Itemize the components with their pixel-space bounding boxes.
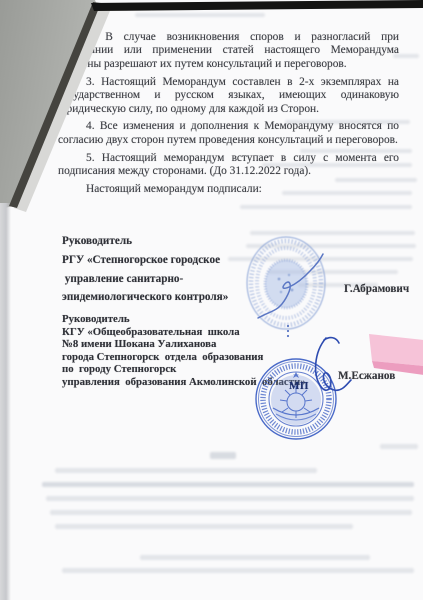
bleed-through-line	[135, 13, 265, 17]
bleed-through-line	[62, 568, 414, 573]
clause-2: 2. В случае возникновения споров и разно…	[58, 31, 399, 71]
bleed-through-line	[55, 524, 353, 529]
signatory-title-line: Руководитель	[62, 232, 228, 251]
clause-5: 5. Настоящий меморандум вступает в силу …	[58, 152, 399, 179]
signing-lead-in: Настоящий меморандум подписали:	[58, 183, 399, 196]
bleed-through-line	[46, 496, 414, 501]
clause-3: 3. Настоящий Меморандум составлен в 2-х …	[58, 76, 399, 116]
signatory-block-sanitary-control: Руководитель РГУ «Степногорское городско…	[62, 232, 228, 307]
memorandum-body-text: 2. В случае возникновения споров и разно…	[58, 31, 399, 201]
bleed-through-line	[42, 482, 414, 487]
signature-stroke-eszhanov	[300, 334, 358, 404]
signature-stroke-abramovich	[252, 238, 332, 343]
bleed-through-heading	[210, 452, 236, 459]
signatory-title-line: эпидемиологического контроля»	[62, 288, 228, 307]
bleed-through-line	[240, 205, 412, 209]
bleed-through-line	[140, 555, 370, 560]
bleed-through-line	[380, 444, 418, 449]
signatory-name-abramovich: Г.Абрамович	[344, 283, 409, 295]
scan-left-edge	[0, 203, 11, 600]
signatory-title-line: управление санитарно-	[62, 270, 228, 289]
clause-4: 4. Все изменения и дополнения к Меморанд…	[58, 120, 399, 147]
pink-sticky-note	[364, 328, 423, 378]
scanned-memorandum-page: 2. В случае возникновения споров и разно…	[0, 0, 423, 600]
bleed-through-line	[50, 510, 412, 515]
bleed-through-line	[55, 468, 317, 473]
signatory-title-line: РГУ «Степногорское городское	[62, 251, 228, 270]
